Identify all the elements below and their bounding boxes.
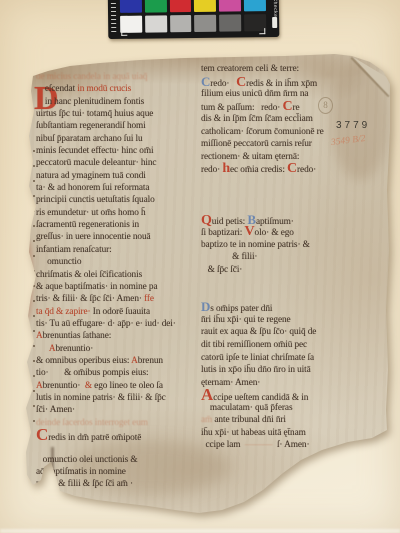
text-line: infantiam renaſcatur:: [36, 244, 199, 256]
text-segment-ink: natura ad ymaginem tuā condi: [36, 171, 146, 181]
text-segment-red: &: [85, 381, 92, 391]
text-line: natura ad ymaginem tuā condi: [36, 170, 199, 182]
text-segment-ink: redis in dm̄ patrē om̄ipotē: [48, 433, 141, 443]
text-segment-ink: & ſp̄c ſc̄i·: [201, 265, 242, 275]
text-segment-ink: catholicam· ſc̄orum c̄omunionē re: [201, 127, 324, 137]
text-line: & filii·: [201, 251, 388, 264]
text-segment-ink: lutis in xp̄o ih̄u dn̄o n̄ro in uitā: [201, 365, 311, 375]
text-segment-ink: redis & in ih̄m xp̄m: [246, 79, 317, 89]
text-line: n̄ri ih̄u xp̄i· qui te regene: [201, 314, 388, 327]
text-segment-ink: filium eius unicū dn̄m n̄rm na: [201, 89, 308, 99]
text-segment-ink: re: [292, 103, 299, 113]
text-line: tris· & filii· & ſp̄c ſc̄i· Amen· ffe: [36, 293, 199, 305]
text-segment-irM: C: [282, 99, 292, 114]
photograph-backdrop: ColorChecker D de micius candela in aquā…: [0, 0, 400, 533]
text-line: omunctio olei unctionis &: [36, 454, 199, 466]
text-line: [201, 201, 388, 214]
text-line: [201, 289, 388, 302]
text-segment-fade: de micius candela in aquā uiaq̄: [36, 72, 147, 82]
text-segment-red: in modū crucis: [77, 84, 131, 94]
text-segment-ink: tem creatorem celi & terre:: [201, 64, 299, 74]
text-line: patris & filii & ſp̄c ſc̄i am̄ ·: [36, 478, 199, 490]
text-line: & ſp̄c ſc̄i·: [201, 264, 388, 277]
text-line: ſi baptizari: Volo· & ego: [201, 226, 388, 239]
text-line: Accipe ueſtem candidā & in: [201, 389, 388, 402]
text-line: de micius candela in aquā uiaq̄: [36, 71, 199, 83]
text-line: deinde ſacerdos interroget eum: [36, 417, 199, 429]
text-line: Abrenuntio·: [36, 343, 199, 355]
text-line: tis· Tu aū effugare· d· ap̄p· e· iud· de…: [36, 318, 199, 330]
text-segment-ink: ris emundetur· ut om̄s homo h̄: [36, 208, 146, 218]
text-segment-ink: tum & paſſum: redo·: [201, 103, 282, 113]
text-segment-ink: maculatam· quā p̄feras: [201, 403, 292, 413]
text-line: nibuſ p̄paratam archano ſui lu: [36, 133, 199, 145]
text-segment-ink: peccatorū macule deleantur· hinc: [36, 158, 156, 168]
text-segment-ink: ccipe lam: [201, 440, 240, 450]
text-segment-ink: n̄ri ih̄u xp̄i· qui te regene: [201, 315, 291, 325]
text-line: Credis in dm̄ patrē om̄ipotē: [36, 429, 199, 441]
text-segment-ink: ſc̄i· Amen·: [36, 405, 75, 415]
text-segment-ink: olo· & ego: [255, 228, 294, 238]
text-line: [201, 276, 388, 289]
text-segment-ink: nibuſ p̄paratam archano ſui lu: [36, 134, 143, 144]
text-line: maculatam· quā p̄feras: [201, 402, 388, 415]
text-line: [201, 176, 388, 189]
text-segment-red: A: [131, 356, 138, 366]
text-line: greſſus· in uere innocentie nouā: [36, 231, 199, 243]
text-segment-ink: omunctio: [36, 257, 81, 267]
text-line: rauit ex aqua & ſp̄u ſc̄o· quiq̄ de: [201, 326, 388, 339]
text-segment-ink: [36, 344, 49, 354]
text-segment-ink: baptizo te in nomine patris· &: [201, 240, 310, 250]
text-segment-ink: brenuntio·: [55, 344, 93, 354]
text-segment-ink: eſcendat: [36, 84, 77, 94]
text-line: & omnibus operibus eius: Abrenun: [36, 355, 199, 367]
text-segment-ink: ante tribunal dn̄i n̄ri: [214, 415, 285, 425]
text-segment-ink: aq̄ baptiſmatis in nomine: [36, 467, 126, 477]
text-segment-ink: ſ· Amen·: [277, 440, 310, 450]
text-segment-ink: In odorē ſuauita: [93, 307, 150, 317]
text-line: lutis in nomine patris· & filii· & ſp̄c: [36, 392, 199, 404]
text-line: uirtus ſp̄c tui· totamq̄ huius aque: [36, 108, 199, 120]
text-segment-ink: aptiſmum·: [256, 217, 294, 227]
text-segment-ink: minis ſecundet effectu· hinc om̄i: [36, 146, 153, 156]
text-segment-ink: patris & filii & ſp̄c ſc̄i am̄ ·: [36, 479, 133, 489]
text-segment-red: A: [36, 331, 43, 341]
text-line: Credo· Credis & in ih̄m xp̄m: [201, 76, 388, 89]
shelfmark-ink-number: 3779: [336, 120, 370, 131]
text-segment-ink: & omnibus operibus eius:: [36, 356, 131, 366]
text-line: peccatorū macule deleantur· hinc: [36, 157, 199, 169]
text-segment-ibM: C: [201, 74, 210, 89]
stain: [24, 240, 33, 320]
text-line: ſc̄i· Amen·: [36, 404, 199, 416]
text-segment-ink: brenuntias ſathane:: [43, 331, 112, 341]
text-line: Ds om̄ips pater dn̄i: [201, 301, 388, 314]
text-line: tio· & om̄ibus pompis eius:: [36, 367, 199, 379]
text-line: Abrenuntias ſathane:: [36, 330, 199, 342]
text-column-left: de micius candela in aquā uiaq̄ eſcendat…: [36, 71, 199, 491]
text-segment-ink: lutis in nomine patris· & filii· & ſp̄c: [36, 393, 166, 403]
text-line: ta· & ad honorem ſui reformata: [36, 182, 199, 194]
text-segment-red: ffe: [144, 294, 154, 304]
circled-folio-number: 8: [318, 97, 333, 114]
text-segment-ink: ſacramentū regenerationis in: [36, 220, 139, 230]
text-line: [36, 441, 199, 453]
text-segment-ink: dit tibi remiſſionem om̄iū pec: [201, 340, 307, 350]
text-line: ris emundetur· ut om̄s homo h̄: [36, 207, 199, 219]
text-segment-ink: greſſus· in uere innocentie nouā: [36, 232, 151, 242]
text-segment-ink: catorū ipſe te liniat chriſmate ſa: [201, 353, 314, 363]
text-segment-ink: ſi baptizari:: [201, 228, 245, 238]
text-segment-ink: rectionem· & uitam ęternā:: [201, 152, 299, 162]
text-line: ccipe lam ——— ſ· Amen·: [201, 439, 388, 452]
text-line: lutis in xp̄o ih̄u dn̄o n̄ro in uitā: [201, 364, 388, 377]
text-line: ęternam· Amen·: [201, 377, 388, 390]
text-line: ta q̄d & zapire· In odorē ſuauita: [36, 306, 199, 318]
text-segment-irM: h: [222, 161, 230, 176]
text-line: & aque baptiſmatis· in nomine pa: [36, 281, 199, 293]
text-segment-ibM: D: [201, 299, 210, 314]
text-line: dit tibi remiſſionem om̄iū pec: [201, 339, 388, 352]
manuscript-leaf: D de micius candela in aquā uiaq̄ eſcend…: [0, 0, 400, 533]
manuscript-leaf-wrap: D de micius candela in aquā uiaq̄ eſcend…: [0, 0, 400, 533]
text-segment-ink: in hanc plenitudinem fontis: [36, 97, 144, 107]
text-line: baptizo te in nomine patris· &: [201, 239, 388, 252]
text-line: Abrenuntio· & ego lineo te oleo ſa: [36, 380, 199, 392]
text-segment-fade: deinde ſacerdos interroget eum: [36, 418, 148, 428]
text-segment-ink: & filii·: [201, 252, 257, 262]
text-line: chriſmatis & olei ſc̄ificationis: [36, 269, 199, 281]
text-segment-ink: s om̄ips pater dn̄i: [210, 304, 272, 314]
text-segment-ink: redo·: [297, 165, 316, 175]
text-line: filium eius unicū dn̄m n̄rm na: [201, 88, 388, 101]
text-line: Quid petis: Baptiſmum·: [201, 214, 388, 227]
text-segment-ink: redo·: [210, 79, 236, 89]
text-line: principii cunctis uetuſtatis ſqualo: [36, 194, 199, 206]
text-segment-fade: ———: [240, 440, 277, 450]
text-line: tum & paſſum: redo· Cre: [201, 101, 388, 114]
text-segment-ink: infantiam renaſcatur:: [36, 245, 112, 255]
text-line: [201, 188, 388, 201]
text-segment-ink: principii cunctis uetuſtatis ſqualo: [36, 195, 155, 205]
text-segment-ink: & aque baptiſmatis· in nomine pa: [36, 282, 158, 292]
text-segment-ink: ec om̄ia credis:: [230, 165, 287, 175]
text-line: ſacramentū regenerationis in: [36, 219, 199, 231]
text-segment-ink: uirtus ſp̄c tui· totamq̄ huius aque: [36, 109, 153, 119]
text-segment-ink: dis & in ſp̄m ſc̄m ſc̄am eccl̄iam: [201, 114, 313, 124]
text-line: ſubſtantiam regenerandiſ homi: [36, 120, 199, 132]
text-segment-ink: tio· & om̄ibus pompis eius:: [36, 368, 149, 378]
sewing-holes: [33, 150, 35, 430]
text-segment-ink: brenun: [138, 356, 163, 366]
text-segment-red: ta q̄d & zapire·: [36, 307, 93, 317]
text-segment-ink: ta· & ad honorem ſui reformata: [36, 183, 149, 193]
text-segment-red: A: [36, 381, 43, 391]
text-line: eſcendat in modū crucis: [36, 83, 199, 95]
text-line: ih̄u xp̄i· ut habeas uitā ęt̄nam: [201, 427, 388, 440]
text-line: redo· hec om̄ia credis: Credo·: [201, 163, 388, 176]
text-line: catorū ipſe te liniat chriſmate ſa: [201, 352, 388, 365]
text-line: aq̄ baptiſmatis in nomine: [36, 466, 199, 478]
text-segment-ink: rauit ex aqua & ſp̄u ſc̄o· quiq̄ de: [201, 327, 316, 337]
text-segment-ink: uid petis:: [212, 217, 248, 227]
text-segment-ink: miſſionē peccatorū carnis reſur: [201, 139, 312, 149]
text-segment-ink: tris· & filii· & ſp̄c ſc̄i· Amen·: [36, 294, 144, 304]
text-segment-ink: tis· Tu aū effugare· d· ap̄p· e· iud· de…: [36, 319, 176, 329]
text-line: am̄ ante tribunal dn̄i n̄ri: [201, 414, 388, 427]
text-segment-ink: chriſmatis & olei ſc̄ificationis: [36, 270, 142, 280]
text-segment-ink: ih̄u xp̄i· ut habeas uitā ęt̄nam: [201, 428, 306, 438]
text-segment-fade: am̄: [201, 415, 214, 425]
text-segment-ink: omunctio olei unctionis &: [36, 455, 138, 465]
photo-bottom-edge: [0, 529, 400, 533]
text-segment-irM: C: [287, 161, 297, 176]
text-segment-ink: ego lineo te oleo ſa: [92, 381, 163, 391]
text-line: in hanc plenitudinem fontis: [36, 96, 199, 108]
text-segment-ink: redo·: [201, 165, 222, 175]
text-segment-ink: brenuntio·: [43, 381, 85, 391]
text-line: tem creatorem celi & terre:: [201, 63, 388, 76]
text-line: omunctio: [36, 256, 199, 268]
text-segment-ink: ſubſtantiam regenerandiſ homi: [36, 121, 146, 131]
text-line: minis ſecundet effectu· hinc om̄i: [36, 145, 199, 157]
text-segment-irM: V: [245, 224, 255, 239]
